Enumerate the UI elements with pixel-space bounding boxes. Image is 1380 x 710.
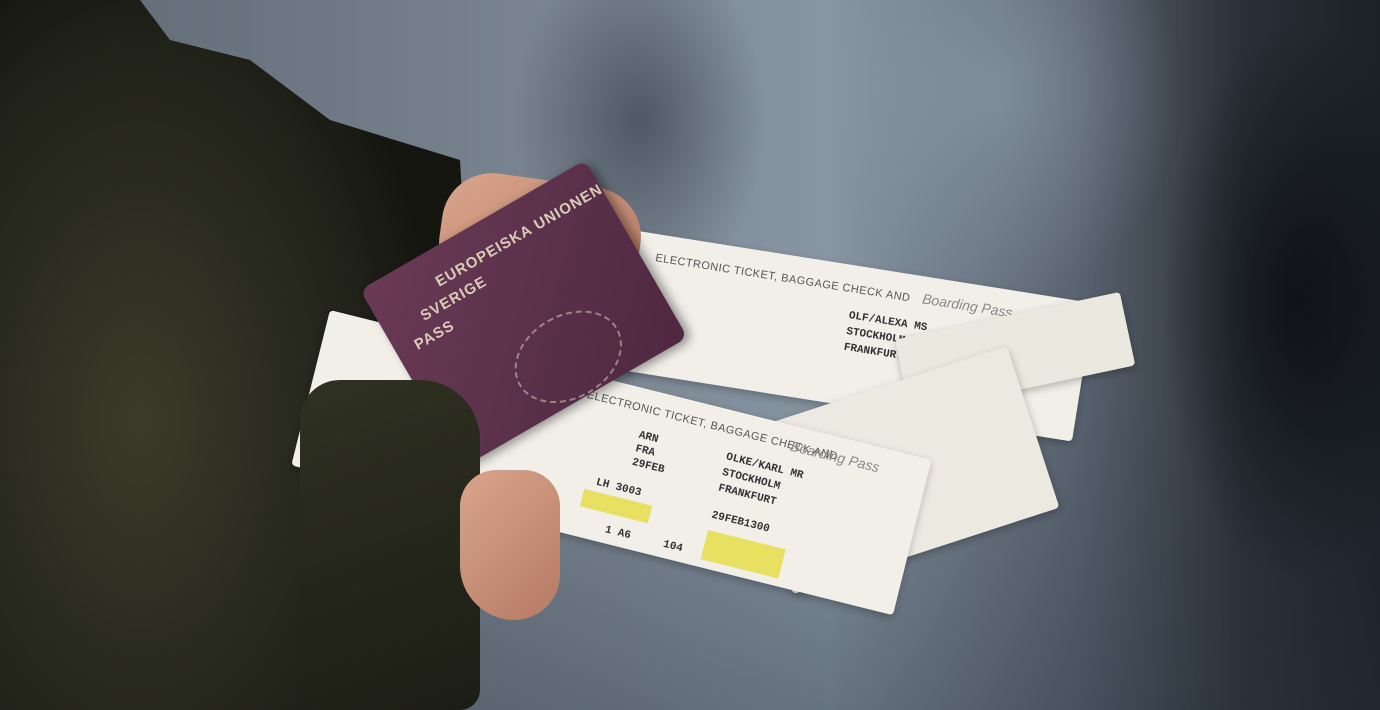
- jacket-cuff: [300, 380, 480, 710]
- route-code-3: 29FEB: [630, 456, 665, 478]
- ticket-title: Boarding Pass: [921, 290, 1013, 320]
- seat-row: 1 A6: [603, 523, 632, 543]
- passport-type: PASS: [411, 317, 457, 354]
- fingers: [460, 470, 560, 620]
- ticket-number: 104: [661, 538, 684, 556]
